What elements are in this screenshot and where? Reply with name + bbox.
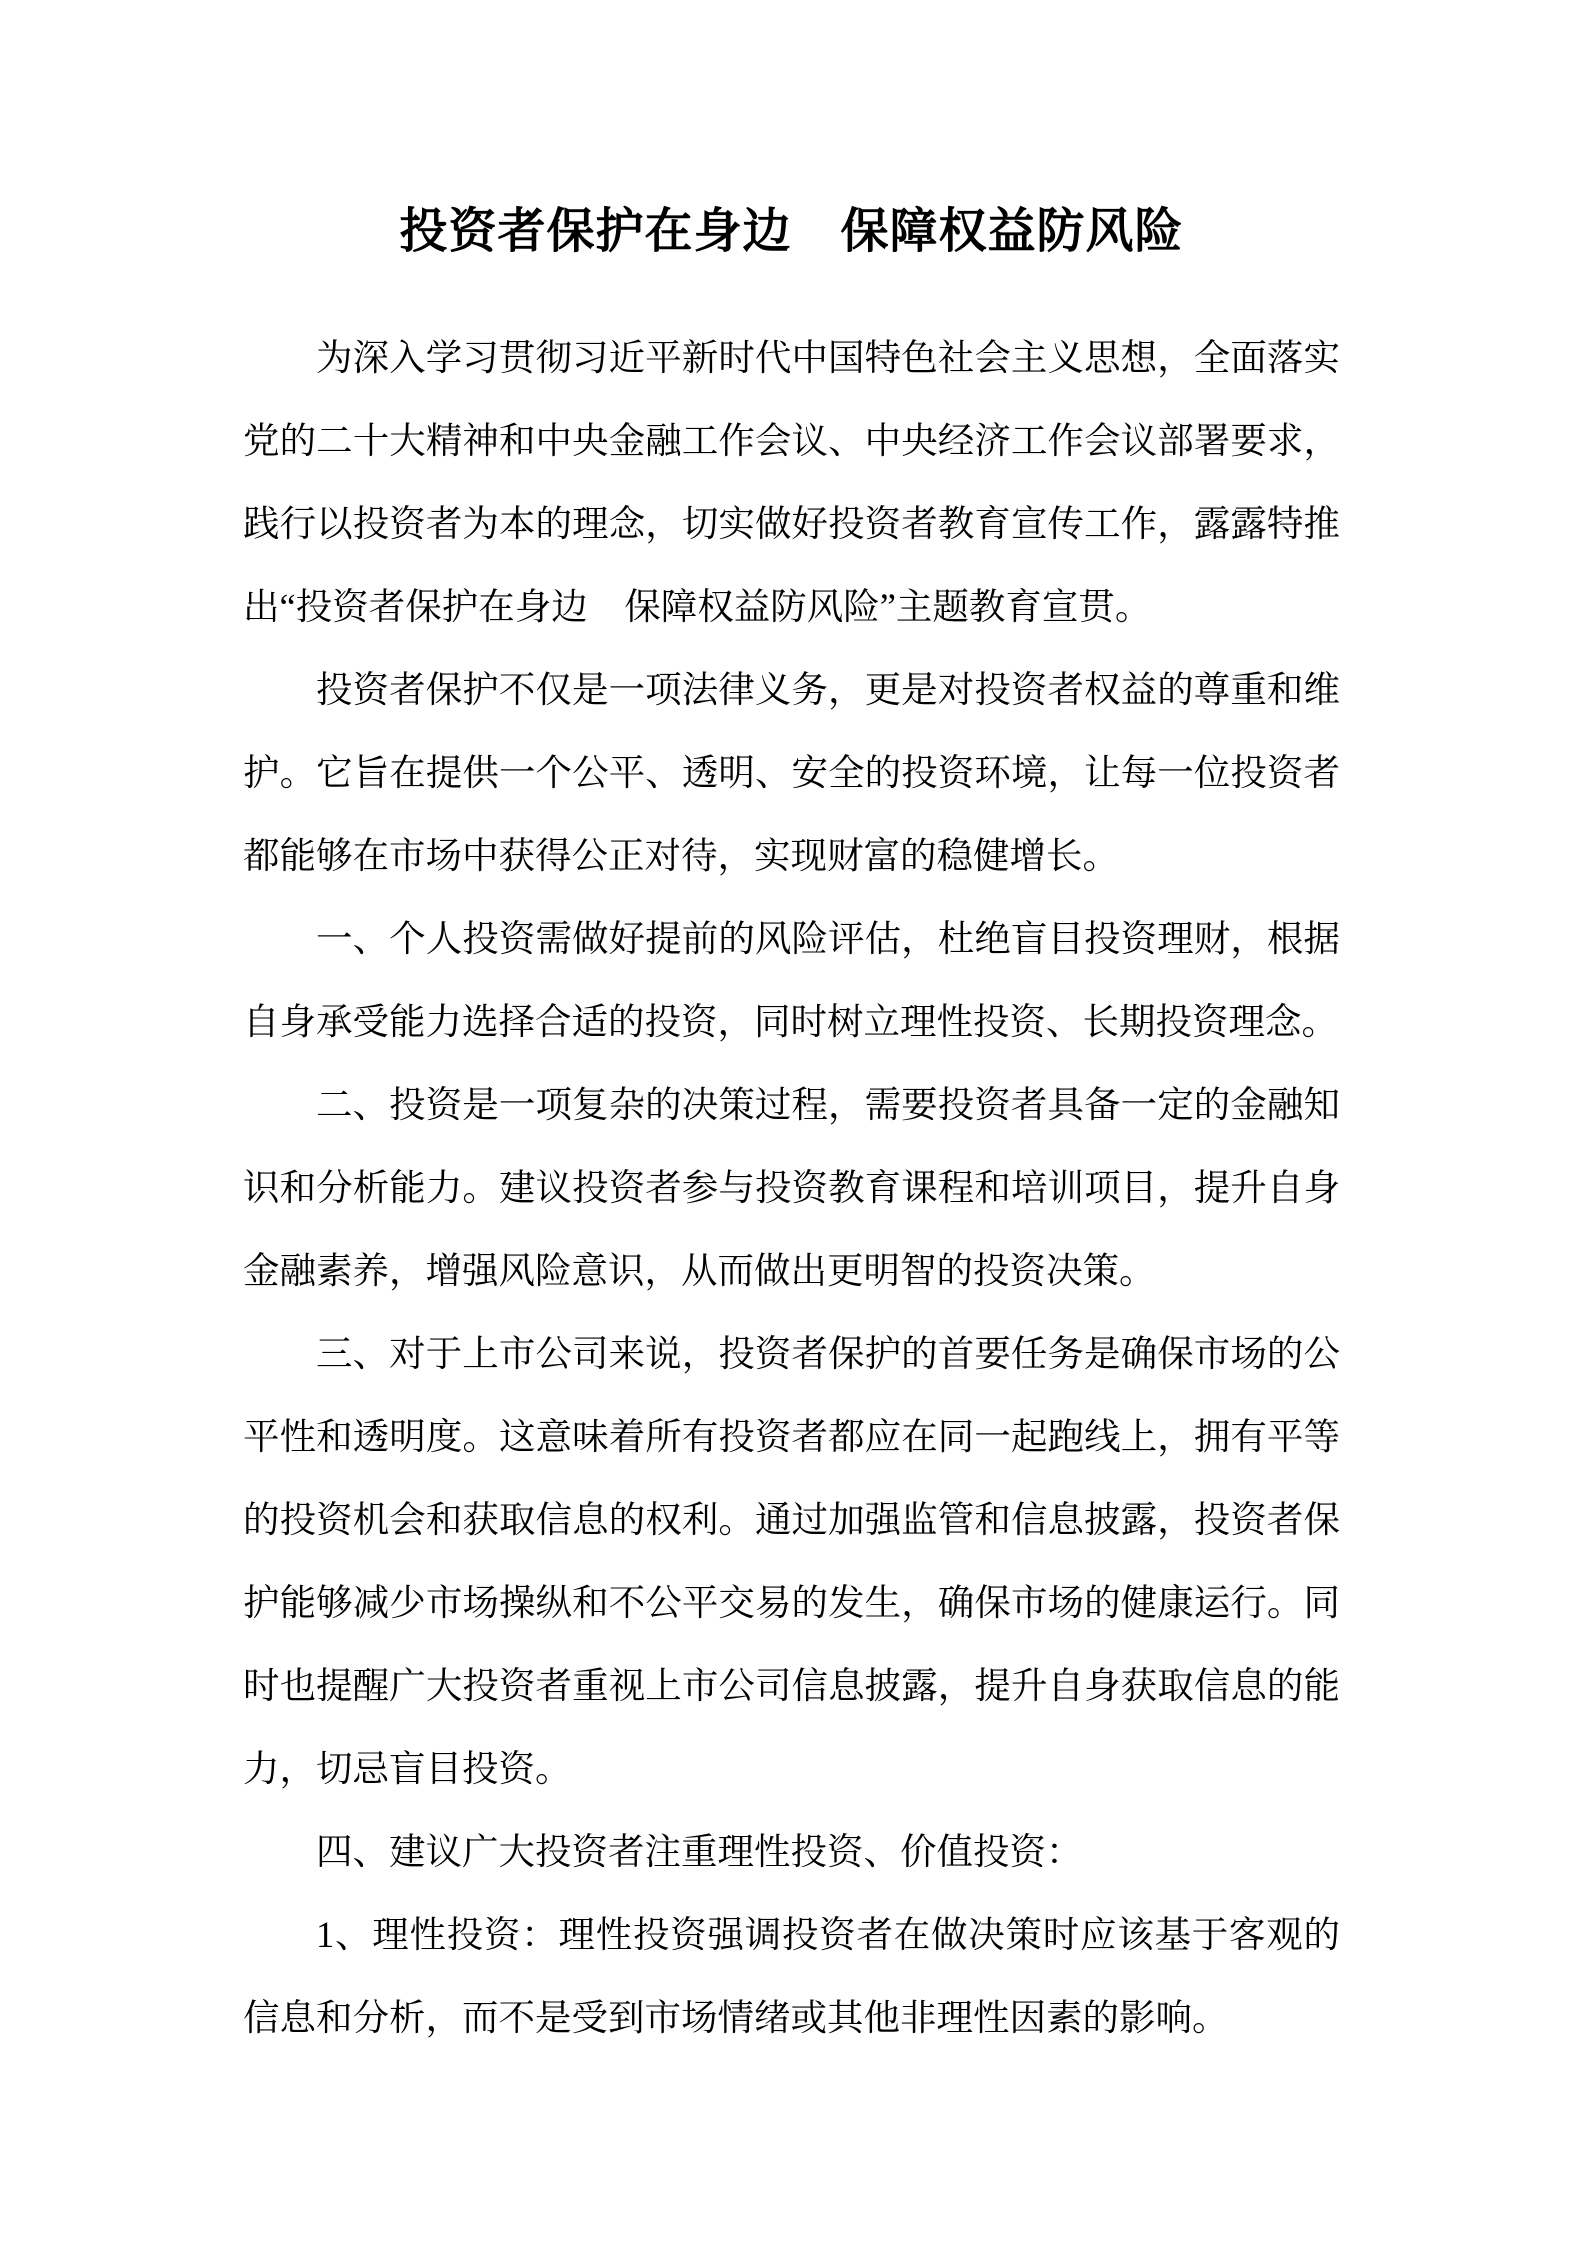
text-line: 金融素养，增强风险意识，从而做出更明智的投资决策。 (243, 1229, 1340, 1312)
text-line: 为深入学习贯彻习近平新时代中国特色社会主义思想，全面落实 (243, 316, 1340, 399)
paragraph: 为深入学习贯彻习近平新时代中国特色社会主义思想，全面落实党的二十大精神和中央金融… (243, 316, 1340, 648)
paragraph: 三、对于上市公司来说，投资者保护的首要任务是确保市场的公平性和透明度。这意味着所… (243, 1312, 1340, 1810)
text-line: 的投资机会和获取信息的权利。通过加强监管和信息披露，投资者保 (243, 1478, 1340, 1561)
text-line: 投资者保护不仅是一项法律义务，更是对投资者权益的尊重和维 (243, 648, 1340, 731)
text-line: 自身承受能力选择合适的投资，同时树立理性投资、长期投资理念。 (243, 980, 1340, 1063)
paragraph: 一、个人投资需做好提前的风险评估，杜绝盲目投资理财，根据自身承受能力选择合适的投… (243, 897, 1340, 1063)
paragraph: 二、投资是一项复杂的决策过程，需要投资者具备一定的金融知识和分析能力。建议投资者… (243, 1063, 1340, 1312)
document-page: 投资者保护在身边 保障权益防风险 为深入学习贯彻习近平新时代中国特色社会主义思想… (0, 0, 1587, 2245)
text-line: 平性和透明度。这意味着所有投资者都应在同一起跑线上，拥有平等 (243, 1395, 1340, 1478)
text-line: 1、理性投资：理性投资强调投资者在做决策时应该基于客观的 (243, 1893, 1340, 1976)
paragraph: 1、理性投资：理性投资强调投资者在做决策时应该基于客观的信息和分析，而不是受到市… (243, 1893, 1340, 2059)
text-line: 四、建议广大投资者注重理性投资、价值投资： (243, 1810, 1340, 1893)
paragraph: 四、建议广大投资者注重理性投资、价值投资： (243, 1810, 1340, 1893)
text-line: 护。它旨在提供一个公平、透明、安全的投资环境，让每一位投资者 (243, 731, 1340, 814)
paragraph: 投资者保护不仅是一项法律义务，更是对投资者权益的尊重和维护。它旨在提供一个公平、… (243, 648, 1340, 897)
text-line: 都能够在市场中获得公正对待，实现财富的稳健增长。 (243, 814, 1340, 897)
text-line: 二、投资是一项复杂的决策过程，需要投资者具备一定的金融知 (243, 1063, 1340, 1146)
text-line: 三、对于上市公司来说，投资者保护的首要任务是确保市场的公 (243, 1312, 1340, 1395)
text-line: 护能够减少市场操纵和不公平交易的发生，确保市场的健康运行。同 (243, 1561, 1340, 1644)
text-line: 践行以投资者为本的理念，切实做好投资者教育宣传工作，露露特推 (243, 482, 1340, 565)
text-line: 出“投资者保护在身边 保障权益防风险”主题教育宣贯。 (243, 565, 1340, 648)
document-body: 为深入学习贯彻习近平新时代中国特色社会主义思想，全面落实党的二十大精神和中央金融… (243, 316, 1340, 2059)
text-line: 时也提醒广大投资者重视上市公司信息披露，提升自身获取信息的能 (243, 1644, 1340, 1727)
text-line: 党的二十大精神和中央金融工作会议、中央经济工作会议部署要求， (243, 399, 1340, 482)
text-line: 识和分析能力。建议投资者参与投资教育课程和培训项目，提升自身 (243, 1146, 1340, 1229)
document-content: 投资者保护在身边 保障权益防风险 为深入学习贯彻习近平新时代中国特色社会主义思想… (243, 190, 1340, 2059)
document-title: 投资者保护在身边 保障权益防风险 (243, 190, 1340, 273)
text-line: 一、个人投资需做好提前的风险评估，杜绝盲目投资理财，根据 (243, 897, 1340, 980)
text-line: 信息和分析，而不是受到市场情绪或其他非理性因素的影响。 (243, 1976, 1340, 2059)
text-line: 力，切忌盲目投资。 (243, 1727, 1340, 1810)
